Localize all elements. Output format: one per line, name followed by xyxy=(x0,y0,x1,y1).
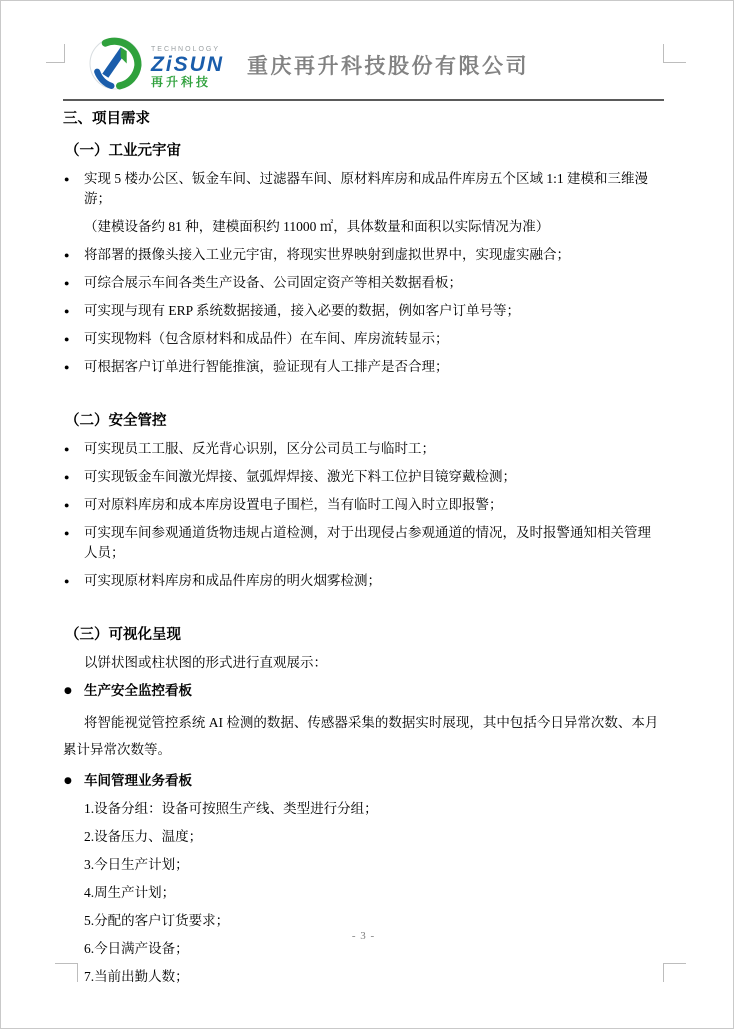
bullet-item: ●可根据客户订单进行智能推演，验证现有人工排产是否合理； xyxy=(63,357,664,377)
bullet-text: 可实现原材料库房和成品件库房的明火烟雾检测； xyxy=(84,573,381,588)
bullet-item: ●将部署的摄像头接入工业元宇宙，将现实世界映射到虚拟世界中，实现虚实融合； xyxy=(63,245,664,265)
document-page: TECHNOLOGY ZiSUN 再升科技 重庆再升科技股份有限公司 三、项目需… xyxy=(0,0,734,1029)
bullet-item: ●可实现原材料库房和成品件库房的明火烟雾检测； xyxy=(63,571,664,591)
bullet-text: 可对原料库房和成本库房设置电子围栏，当有临时工闯入时立即报警； xyxy=(84,497,503,512)
bullet-marker: ● xyxy=(64,245,69,265)
bullet-item: ●可实现车间参观通道货物违规占道检测，对于出现侵占参观通道的情况，及时报警通知相… xyxy=(63,523,664,563)
bullet-text: 可根据客户订单进行智能推演，验证现有人工排产是否合理； xyxy=(84,359,449,374)
logo-wordmark: TECHNOLOGY ZiSUN 再升科技 xyxy=(151,37,224,89)
zisun-logo-icon xyxy=(89,37,142,90)
section-heading-1: （一）工业元宇宙 xyxy=(63,141,664,161)
bullet-text: 可实现车间参观通道货物违规占道检测，对于出现侵占参观通道的情况，及时报警通知相关… xyxy=(84,525,651,560)
numbered-item: 4.周生产计划； xyxy=(63,883,664,903)
continuation-line: （建模设备约 81 种，建模面积约 11000 ㎡，具体数量和面积以实际情况为准… xyxy=(63,217,664,237)
bullet-item: ●可实现员工工服、反光背心识别，区分公司员工与临时工； xyxy=(63,439,664,459)
bullet-marker: ● xyxy=(64,439,69,459)
bullet-marker: ● xyxy=(64,523,69,543)
bullet-text: 可实现员工工服、反光背心识别，区分公司员工与临时工； xyxy=(84,441,435,456)
board-description: 将智能视觉管控系统 AI 检测的数据、传感器采集的数据实时展现，其中包括今日异常… xyxy=(63,709,664,763)
numbered-item: 3.今日生产计划； xyxy=(63,855,664,875)
logo-brand-name: ZiSUN xyxy=(151,54,224,75)
board-title: 生产安全监控看板 xyxy=(84,683,192,699)
bullet-marker: ● xyxy=(64,169,69,189)
board-title-item: ●生产安全监控看板 xyxy=(63,681,664,701)
section-heading-2: （二）安全管控 xyxy=(63,411,664,431)
crop-mark-bottom-right xyxy=(663,963,686,982)
bullet-marker: ● xyxy=(64,357,69,377)
company-logo: TECHNOLOGY ZiSUN 再升科技 xyxy=(89,37,224,90)
bullet-marker: ● xyxy=(64,495,69,515)
numbered-item: 6.今日满产设备； xyxy=(63,939,664,959)
board-title-item: ●车间管理业务看板 xyxy=(63,771,664,791)
bullet-item: ●可实现物料（包含原材料和成品件）在车间、库房流转显示； xyxy=(63,329,664,349)
board-title: 车间管理业务看板 xyxy=(84,773,192,789)
bullet-marker: ● xyxy=(64,329,69,349)
bullet-text: 可实现与现有 ERP 系统数据接通，接入必要的数据，例如客户订单号等； xyxy=(84,303,520,318)
bullet-marker: ● xyxy=(64,467,69,487)
numbered-item: 2.设备压力、温度； xyxy=(63,827,664,847)
section-intro: 以饼状图或柱状图的形式进行直观展示： xyxy=(63,653,664,673)
page-header: TECHNOLOGY ZiSUN 再升科技 重庆再升科技股份有限公司 xyxy=(63,0,664,101)
company-name: 重庆再升科技股份有限公司 xyxy=(247,50,529,80)
bullet-item: ●可综合展示车间各类生产设备、公司固定资产等相关数据看板； xyxy=(63,273,664,293)
bullet-marker: ● xyxy=(64,571,69,591)
numbered-item: 5.分配的客户订货要求； xyxy=(63,911,664,931)
logo-brand-chinese: 再升科技 xyxy=(151,75,224,89)
crop-mark-top-right xyxy=(663,44,686,63)
bullet-item: ●可对原料库房和成本库房设置电子围栏，当有临时工闯入时立即报警； xyxy=(63,495,664,515)
numbered-item: 1.设备分组：设备可按照生产线、类型进行分组； xyxy=(63,799,664,819)
bullet-text: 实现 5 楼办公区、钣金车间、过滤器车间、原材料库房和成品件库房五个区域 1:1… xyxy=(84,171,648,206)
bullet-item: ●可实现与现有 ERP 系统数据接通，接入必要的数据，例如客户订单号等； xyxy=(63,301,664,321)
bullet-text: 可实现物料（包含原材料和成品件）在车间、库房流转显示； xyxy=(84,331,449,346)
bullet-text: 可综合展示车间各类生产设备、公司固定资产等相关数据看板； xyxy=(84,275,462,290)
bullet-marker: ● xyxy=(64,301,69,321)
section-heading-3: （三）可视化呈现 xyxy=(63,625,664,645)
bullet-marker: ● xyxy=(64,273,69,293)
bullet-item: ●可实现钣金车间激光焊接、氩弧焊焊接、激光下料工位护目镜穿戴检测； xyxy=(63,467,664,487)
document-body: 三、项目需求 （一）工业元宇宙 ●实现 5 楼办公区、钣金车间、过滤器车间、原材… xyxy=(63,100,664,987)
bullet-marker: ● xyxy=(64,771,72,791)
doc-title: 三、项目需求 xyxy=(63,109,664,129)
page-number: - 3 - xyxy=(63,930,664,942)
bullet-text: 将部署的摄像头接入工业元宇宙，将现实世界映射到虚拟世界中，实现虚实融合； xyxy=(84,247,570,262)
bullet-text: 可实现钣金车间激光焊接、氩弧焊焊接、激光下料工位护目镜穿戴检测； xyxy=(84,469,516,484)
numbered-item: 7.当前出勤人数； xyxy=(63,967,664,987)
bullet-item: ●实现 5 楼办公区、钣金车间、过滤器车间、原材料库房和成品件库房五个区域 1:… xyxy=(63,169,664,209)
bullet-marker: ● xyxy=(64,681,72,701)
